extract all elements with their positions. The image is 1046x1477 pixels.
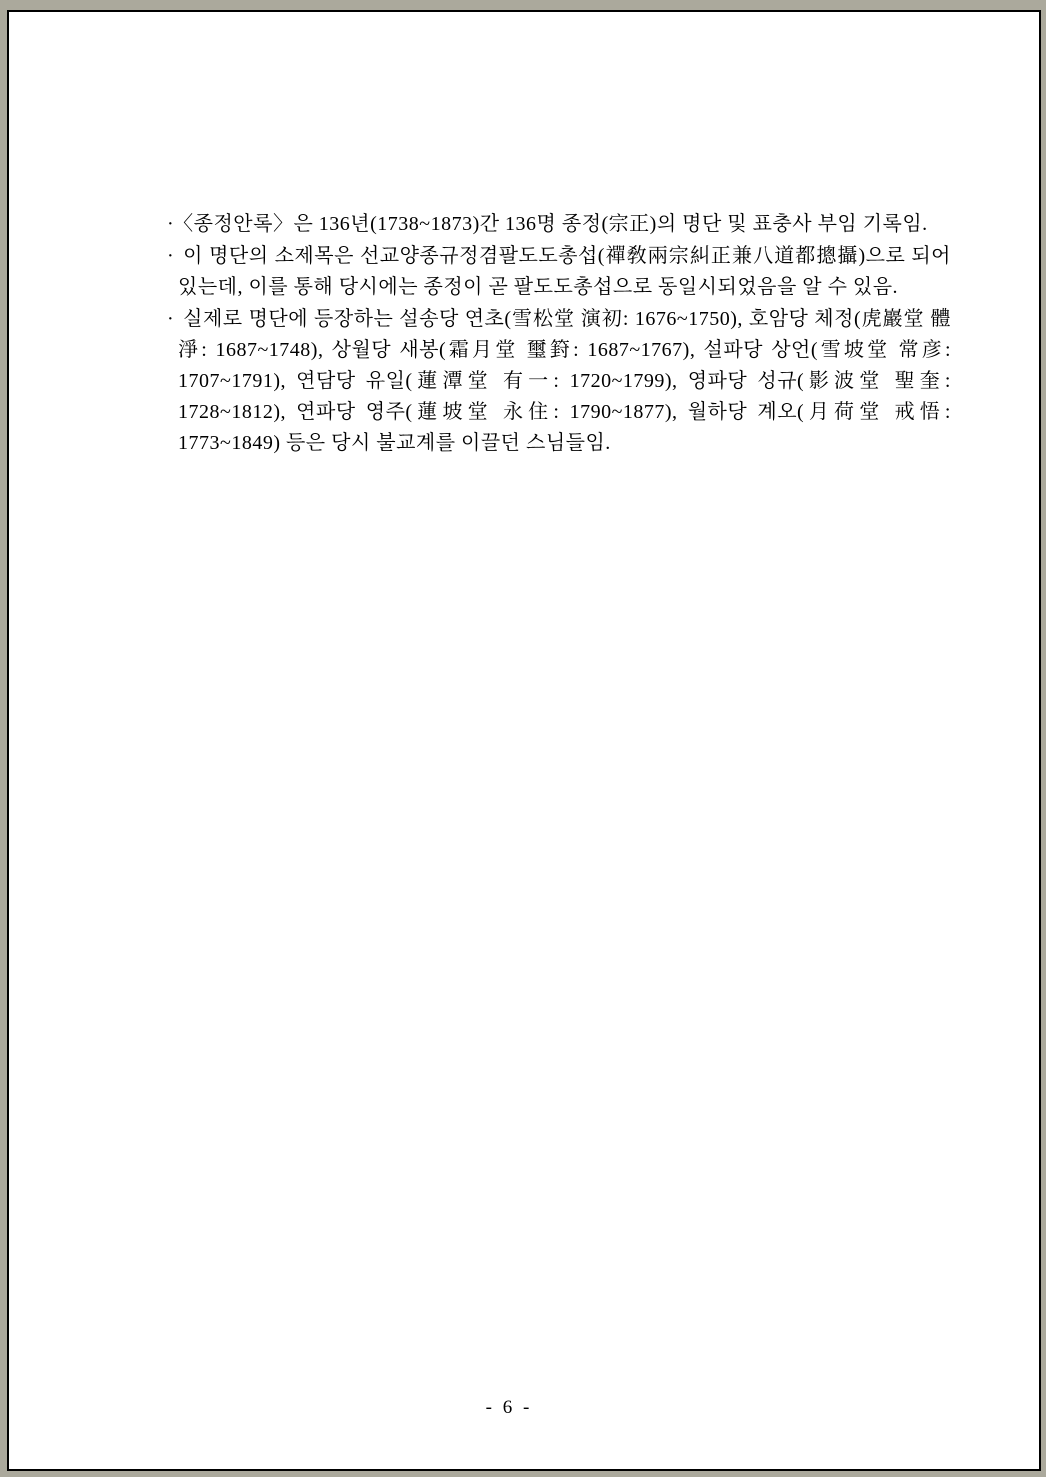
paragraph-text: 실제로 명단에 등장하는 설송당 연초(雪松堂 演初: 1676~1750), … xyxy=(178,308,951,454)
bullet-marker: · xyxy=(167,245,183,267)
paragraph-text: 이 명단의 소제목은 선교양종규정겸팔도도총섭(禪敎兩宗糾正兼八道都摠攝)으로 … xyxy=(178,245,951,298)
bullet-paragraph: ·이 명단의 소제목은 선교양종규정겸팔도도총섭(禪敎兩宗糾正兼八道都摠攝)으로… xyxy=(167,241,951,303)
bullet-marker: · xyxy=(167,308,183,330)
bullet-marker: · xyxy=(167,213,183,235)
document-body: ·〈종정안록〉은 136년(1738~1873)간 136명 종정(宗正)의 명… xyxy=(167,209,951,460)
bullet-paragraph: ·〈종정안록〉은 136년(1738~1873)간 136명 종정(宗正)의 명… xyxy=(167,209,951,240)
document-page: ·〈종정안록〉은 136년(1738~1873)간 136명 종정(宗正)의 명… xyxy=(7,10,1041,1471)
bullet-paragraph: ·실제로 명단에 등장하는 설송당 연초(雪松堂 演初: 1676~1750),… xyxy=(167,304,951,459)
page-number: - 6 - xyxy=(9,1397,1009,1419)
paragraph-text: 〈종정안록〉은 136년(1738~1873)간 136명 종정(宗正)의 명단… xyxy=(183,213,928,235)
